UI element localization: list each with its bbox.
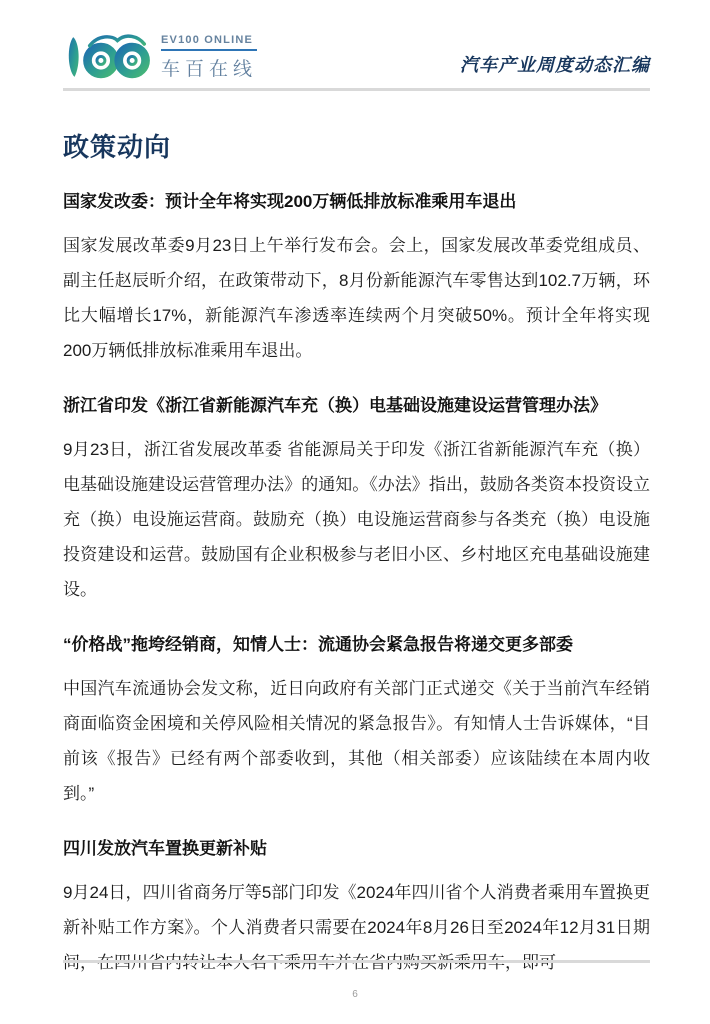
brand-text: EV100 ONLINE 车百在线 <box>161 34 257 81</box>
article-body: 国家发展改革委9月23日上午举行发布会。会上，国家发展改革委党组成员、副主任赵辰… <box>63 228 650 368</box>
brand-logo: EV100 ONLINE 车百在线 <box>63 31 257 83</box>
header-divider <box>63 88 650 91</box>
article-body: 9月24日，四川省商务厅等5部门印发《2024年四川省个人消费者乘用车置换更新补… <box>63 875 650 980</box>
article: 国家发改委：预计全年将实现200万辆低排放标准乘用车退出 国家发展改革委9月23… <box>63 190 650 368</box>
article: 浙江省印发《浙江省新能源汽车充（换）电基础设施建设运营管理办法》 9月23日，浙… <box>63 394 650 607</box>
page-header: EV100 ONLINE 车百在线 汽车产业周度动态汇编 <box>63 0 650 83</box>
footer-divider <box>63 960 650 963</box>
article-headline: “价格战”拖垮经销商，知情人士：流通协会紧急报告将递交更多部委 <box>63 633 650 657</box>
brand-divider <box>161 49 257 51</box>
article-headline: 国家发改委：预计全年将实现200万辆低排放标准乘用车退出 <box>63 190 650 214</box>
article-body: 中国汽车流通协会发文称，近日向政府有关部门正式递交《关于当前汽车经销商面临资金困… <box>63 671 650 811</box>
brand-name-en: EV100 ONLINE <box>161 34 257 46</box>
brand-name-zh: 车百在线 <box>161 54 257 81</box>
article-headline: 四川发放汽车置换更新补贴 <box>63 837 650 861</box>
article-headline: 浙江省印发《浙江省新能源汽车充（换）电基础设施建设运营管理办法》 <box>63 394 650 418</box>
article: “价格战”拖垮经销商，知情人士：流通协会紧急报告将递交更多部委 中国汽车流通协会… <box>63 633 650 811</box>
article-body: 9月23日，浙江省发展改革委 省能源局关于印发《浙江省新能源汽车充（换）电基础设… <box>63 432 650 607</box>
section-title: 政策动向 <box>63 127 650 164</box>
document-title: 汽车产业周度动态汇编 <box>460 51 650 83</box>
ev100-logo-icon <box>63 31 151 83</box>
page-number: 6 <box>0 989 710 1000</box>
article: 四川发放汽车置换更新补贴 9月24日，四川省商务厅等5部门印发《2024年四川省… <box>63 837 650 980</box>
document-page: EV100 ONLINE 车百在线 汽车产业周度动态汇编 政策动向 国家发改委：… <box>0 0 710 1024</box>
